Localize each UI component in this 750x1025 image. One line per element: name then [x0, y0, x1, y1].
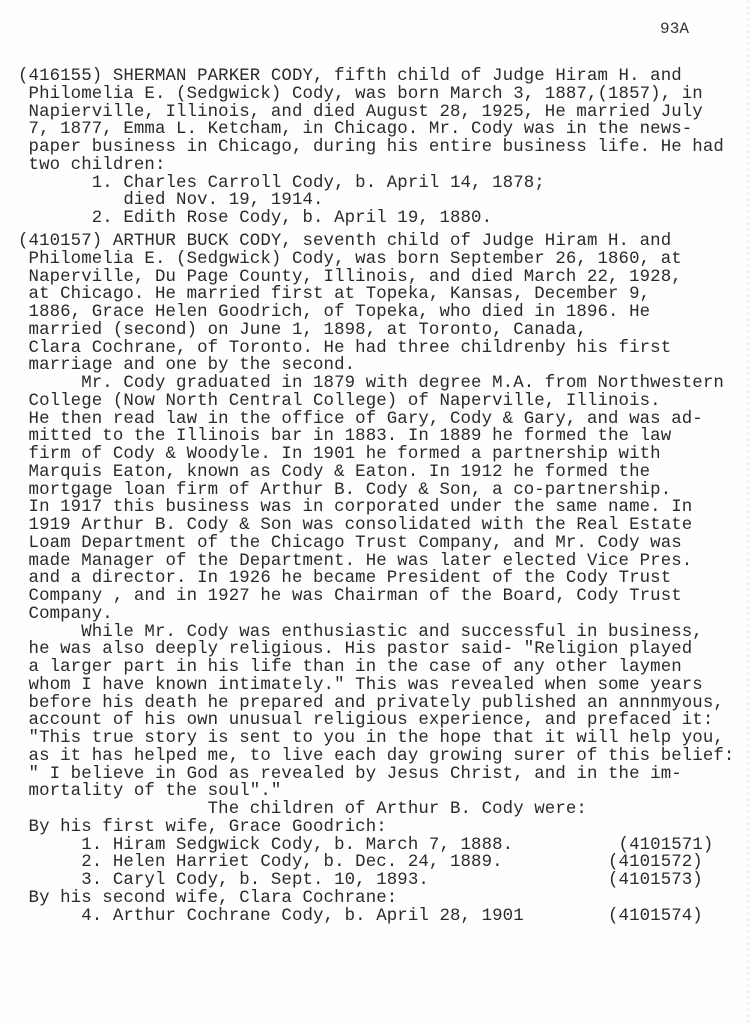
text-line: and a director. In 1926 he became Presid…	[18, 570, 671, 588]
text-line: "This true story is sent to you in the h…	[18, 730, 724, 748]
text-line: College (Now North Central College) of N…	[18, 393, 661, 411]
text-line: By his first wife, Grace Goodrich:	[18, 819, 387, 837]
text-line: a larger part in his life than in the ca…	[18, 659, 682, 677]
text-line: two children:	[18, 157, 166, 175]
text-line: Company , and in 1927 he was Chairman of…	[18, 588, 682, 606]
text-line: married (second) on June 1, 1898, at Tor…	[18, 322, 587, 340]
text-line: firm of Cody & Woodyle. In 1901 he forme…	[18, 446, 661, 464]
text-line: paper business in Chicago, during his en…	[18, 139, 724, 157]
text-line: Mr. Cody graduated in 1879 with degree M…	[18, 375, 724, 393]
typewritten-page: 93A (416155) SHERMAN PARKER CODY, fifth …	[0, 0, 750, 1025]
page-number: 93A	[660, 20, 689, 38]
text-line: Naperville, Du Page County, Illinois, an…	[18, 269, 682, 287]
text-line: Marquis Eaton, known as Cody & Eaton. In…	[18, 464, 650, 482]
text-line: Philomelia E. (Sedgwick) Cody, was born …	[18, 251, 682, 269]
text-line: marriage and one by the second.	[18, 357, 355, 375]
text-line: 4. Arthur Cochrane Cody, b. April 28, 19…	[18, 908, 703, 926]
text-line: The children of Arthur B. Cody were:	[18, 801, 587, 819]
text-line: By his second wife, Clara Cochrane:	[18, 890, 397, 908]
text-line: before his death he prepared and private…	[18, 695, 724, 713]
text-line: Loam Department of the Chicago Trust Com…	[18, 535, 682, 553]
text-line: Clara Cochrane, of Toronto. He had three…	[18, 340, 671, 358]
text-line: Company.	[18, 606, 113, 624]
text-line: 1. Charles Carroll Cody, b. April 14, 18…	[18, 175, 545, 193]
text-line: account of his own unusual religious exp…	[18, 712, 713, 730]
text-line: 2. Edith Rose Cody, b. April 19, 1880.	[18, 210, 492, 228]
text-line: (416155) SHERMAN PARKER CODY, fifth chil…	[18, 68, 682, 86]
text-line: " I believe in God as revealed by Jesus …	[18, 766, 682, 784]
text-line: 1. Hiram Sedgwick Cody, b. March 7, 1888…	[18, 837, 713, 855]
text-line: 2. Helen Harriet Cody, b. Dec. 24, 1889.…	[18, 854, 703, 872]
text-line: 7, 1877, Emma L. Ketcham, in Chicago. Mr…	[18, 121, 692, 139]
text-line: mortgage loan firm of Arthur B. Cody & S…	[18, 482, 671, 500]
text-line: 3. Caryl Cody, b. Sept. 10, 1893. (41015…	[18, 872, 703, 890]
text-line: He then read law in the office of Gary, …	[18, 411, 703, 429]
text-line: at Chicago. He married first at Topeka, …	[18, 286, 650, 304]
text-line: Philomelia E. (Sedgwick) Cody, was born …	[18, 86, 703, 104]
text-line: Napierville, Illinois, and died August 2…	[18, 104, 703, 122]
text-line: made Manager of the Department. He was l…	[18, 553, 692, 571]
text-line: (410157) ARTHUR BUCK CODY, seventh child…	[18, 233, 671, 251]
scan-edge	[746, 0, 750, 1025]
text-line: 1886, Grace Helen Goodrich, of Topeka, w…	[18, 304, 650, 322]
text-line: whom I have known intimately." This was …	[18, 677, 703, 695]
text-line: as it has helped me, to live each day gr…	[18, 748, 734, 766]
text-line: While Mr. Cody was enthusiastic and succ…	[18, 624, 703, 642]
text-line: he was also deeply religious. His pastor…	[18, 641, 692, 659]
text-line: died Nov. 19, 1914.	[18, 192, 324, 210]
text-line: mortality of the soul"."	[18, 783, 281, 801]
text-line: 1919 Arthur B. Cody & Son was consolidat…	[18, 517, 692, 535]
text-line: In 1917 this business was in corporated …	[18, 499, 692, 517]
text-line: mitted to the Illinois bar in 1883. In 1…	[18, 428, 671, 446]
